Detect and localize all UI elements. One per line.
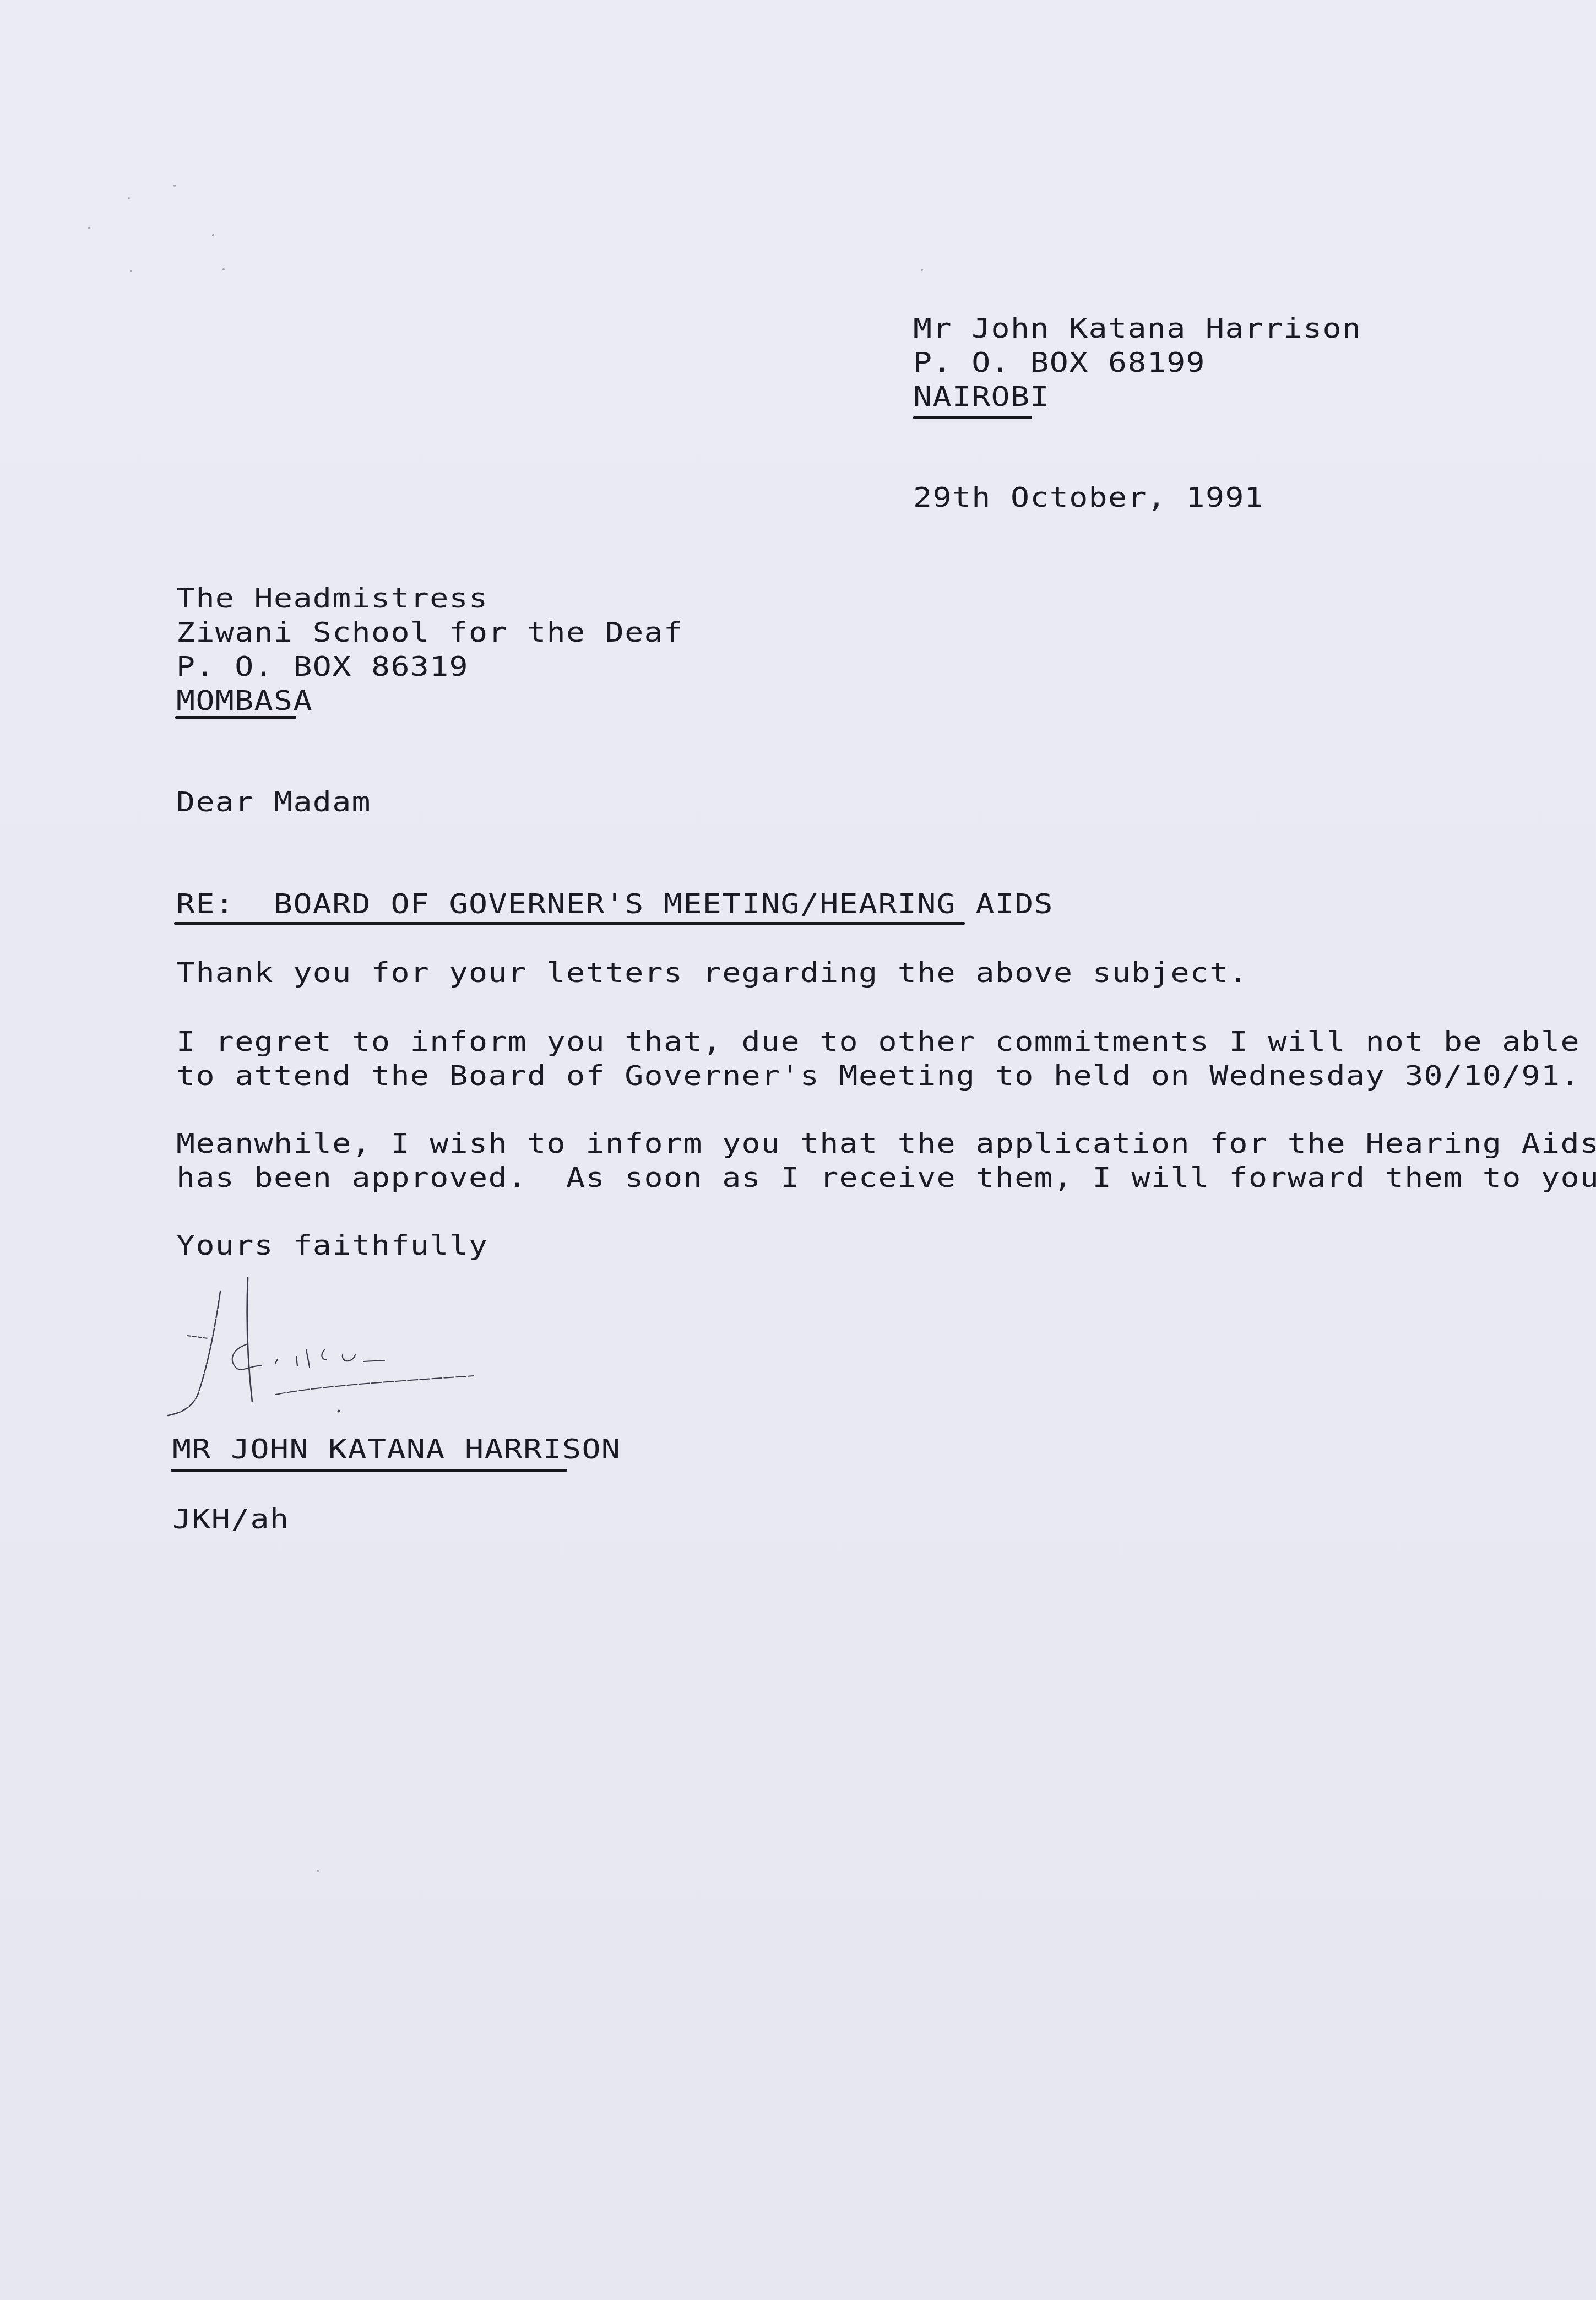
recipient-organisation: Ziwani School for the Deaf	[176, 615, 683, 649]
paper-speck	[222, 268, 225, 270]
recipient-box: P. O. BOX 86319	[176, 649, 469, 684]
sender-city-underline	[913, 416, 1032, 419]
sender-box: P. O. BOX 68199	[913, 345, 1206, 379]
recipient-title: The Headmistress	[176, 581, 488, 615]
body-paragraph-2-line-1: I regret to inform you that, due to othe…	[176, 1024, 1580, 1059]
paper-speck	[88, 227, 90, 229]
reference-initials: JKH/ah	[172, 1502, 289, 1536]
paper-speck	[173, 185, 176, 187]
handwritten-signature	[165, 1267, 540, 1432]
closing: Yours faithfully	[176, 1228, 488, 1262]
body-paragraph-2-line-2: to attend the Board of Governer's Meetin…	[176, 1059, 1580, 1093]
subject-line: RE: BOARD OF GOVERNER'S MEETING/HEARING …	[176, 887, 1054, 921]
paper-speck	[317, 1870, 319, 1872]
body-paragraph-3-line-1: Meanwhile, I wish to inform you that the…	[176, 1126, 1596, 1160]
paper-speck	[921, 269, 923, 271]
paper-speck	[212, 234, 214, 236]
sender-city: NAIROBI	[913, 379, 1050, 414]
signatory-name-underline	[171, 1469, 567, 1472]
letter-page: Mr John Katana Harrison P. O. BOX 68199 …	[0, 0, 1596, 2300]
sender-name: Mr John Katana Harrison	[913, 311, 1361, 345]
signatory-name: MR JOHN KATANA HARRISON	[172, 1432, 621, 1466]
recipient-city-underline	[175, 716, 296, 719]
subject-underline	[174, 922, 965, 925]
salutation: Dear Madam	[176, 785, 371, 819]
recipient-city: MOMBASA	[176, 684, 313, 718]
letter-date: 29th October, 1991	[913, 480, 1264, 514]
body-paragraph-3-line-2: has been approved. As soon as I receive …	[176, 1160, 1596, 1195]
body-paragraph-1-line-1: Thank you for your letters regarding the…	[176, 956, 1248, 990]
paper-speck	[130, 270, 132, 272]
paper-speck	[128, 197, 130, 199]
